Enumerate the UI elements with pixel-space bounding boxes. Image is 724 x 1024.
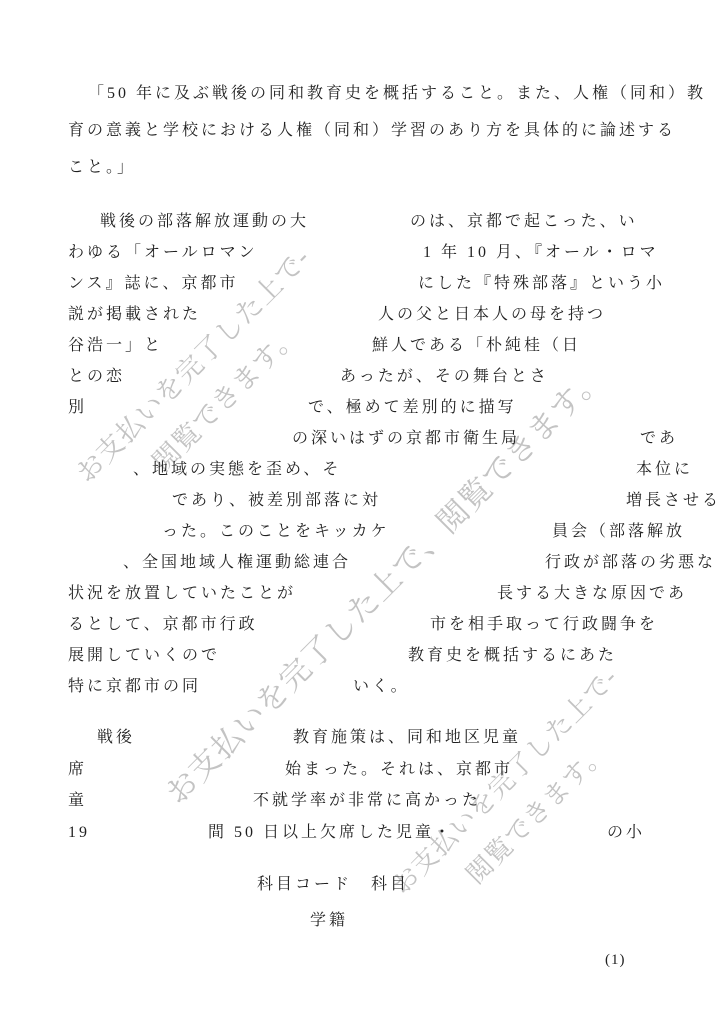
text-segment: 増長させる (626, 493, 721, 509)
text-segment: 童 (68, 793, 87, 809)
text-layer: 「50 年に及ぶ戦後の同和教育史を概括すること。また、人権（同和）教育の意義と学… (0, 0, 724, 1024)
text-segment: 行政が部落の劣悪な (545, 555, 716, 571)
text-segment: 不就学率が非常に高かった (253, 793, 481, 809)
text-segment: 展開していくので (68, 648, 220, 664)
text-segment: 間 50 日以上欠席した児童・ (208, 825, 453, 841)
text-segment: 19 (68, 825, 90, 841)
text-segment: 、全国地域人権運動総連合 (123, 555, 351, 571)
text-segment: いく。 (353, 679, 410, 695)
text-segment: 科目コード 科目 (257, 877, 409, 893)
text-segment: 教育施策は、同和地区児童 (293, 730, 521, 746)
text-segment: 戦後 (97, 730, 135, 746)
text-segment: こと。」 (68, 160, 136, 176)
text-segment: 、地域の実態を歪め、そ (133, 462, 341, 478)
text-segment: 戦後の部落解放運動の大 (100, 214, 309, 230)
text-segment: 谷浩一」と (68, 338, 163, 354)
text-segment: わゆる「オールロマン (68, 245, 258, 261)
text-segment: った。このことをキッカケ (162, 524, 390, 540)
text-segment: の小 (607, 825, 645, 841)
document-page: お支払いを完了した上で-閲覧できます。お支払いを完了した上で、閲覧できます。お支… (0, 0, 724, 1024)
text-segment: 員会（部落解放 (552, 524, 685, 540)
text-segment: 人の父と日本人の母を持つ (378, 307, 606, 323)
page-number: (1) (605, 952, 626, 969)
text-segment: 説が掲載された (68, 307, 201, 323)
text-segment: 教育史を概括するにあた (408, 648, 617, 664)
text-segment: 席 (68, 762, 87, 778)
text-segment: であ (640, 431, 678, 447)
text-segment: 市を相手取って行政闘争を (430, 617, 658, 633)
text-segment: にした『特殊部落』という小 (418, 276, 665, 292)
text-segment: の深いはずの京都市衛生局 (292, 431, 520, 447)
text-segment: 別 (68, 400, 87, 416)
text-segment: との恋 (68, 369, 125, 385)
text-segment: 鮮人である「朴純桂（日 (372, 338, 581, 354)
text-segment: 育の意義と学校における人権（同和）学習のあり方を具体的に論述する (68, 123, 676, 139)
text-segment: で、極めて差別的に描写 (308, 400, 517, 416)
text-segment: 学籍 (310, 913, 348, 929)
text-segment: 始まった。それは、京都市 (285, 762, 513, 778)
text-segment: 状況を放置していたことが (68, 586, 296, 602)
text-segment: のは、京都で起こった、い (410, 214, 638, 230)
text-segment: 1 年 10 月、『オール・ロマ (423, 245, 659, 261)
text-segment: 長する大きな原因であ (497, 586, 687, 602)
text-segment: 本位に (636, 462, 693, 478)
text-segment: 特に京都市の同 (68, 679, 201, 695)
text-segment: るとして、京都市行政 (68, 617, 258, 633)
text-segment: であり、被差別部落に対 (172, 493, 381, 509)
text-segment: 「50 年に及ぶ戦後の同和教育史を概括すること。また、人権（同和）教 (88, 86, 706, 102)
text-segment: ンス』誌に、京都市 (68, 276, 239, 292)
text-segment: あったが、その舞台とさ (340, 369, 549, 385)
